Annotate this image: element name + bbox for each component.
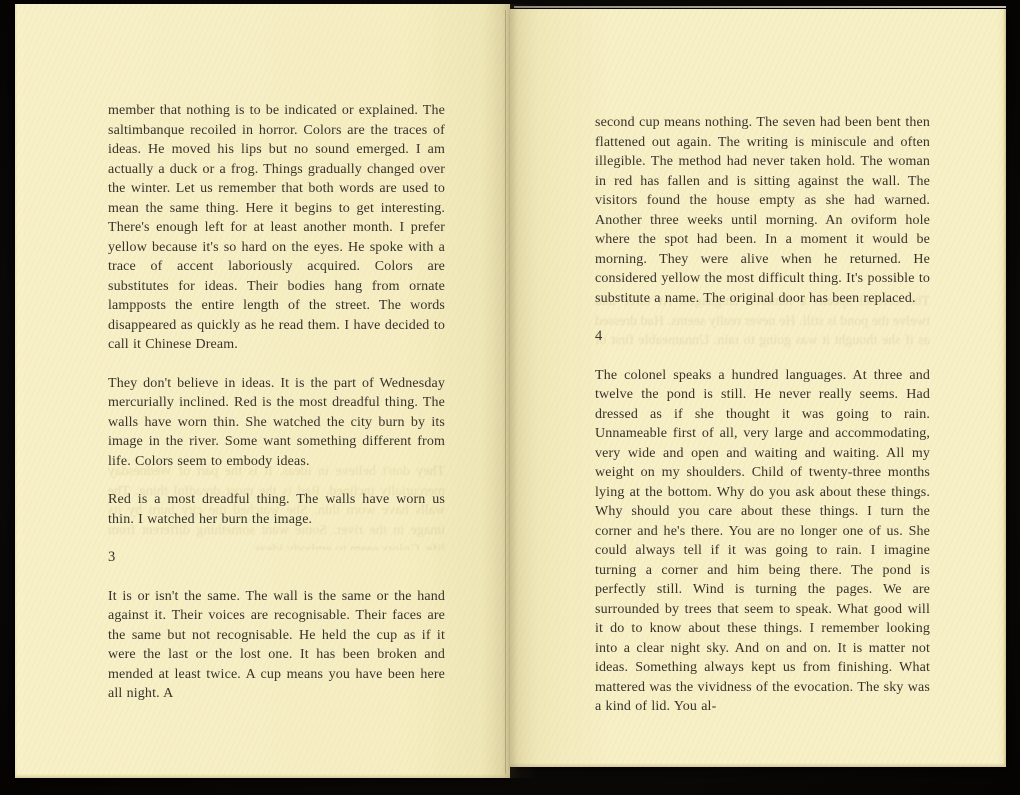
right-page-text-column: second cup means nothing. The seven had … (595, 113, 930, 736)
paragraph: The colonel speaks a hundred languages. … (595, 366, 930, 717)
book-photo: They don't believe in ideas. It is the p… (0, 0, 1020, 795)
right-page-top-edge (514, 6, 1006, 8)
left-page-text-column: member that nothing is to be indicated o… (108, 101, 445, 723)
paragraph: Red is a most dreadful thing. The walls … (108, 490, 445, 529)
paragraph: It is or isn't the same. The wall is the… (108, 587, 445, 704)
left-page: They don't believe in ideas. It is the p… (15, 4, 510, 778)
section-number: 3 (108, 548, 445, 568)
left-page-bottom-edge (15, 774, 510, 778)
paragraph: They don't believe in ideas. It is the p… (108, 374, 445, 472)
paragraph: member that nothing is to be indicated o… (108, 101, 445, 355)
right-page: The colonel speaks a hundred languages. … (510, 9, 1006, 767)
right-page-bottom-edge (510, 763, 1006, 767)
paragraph: second cup means nothing. The seven had … (595, 113, 930, 308)
section-number: 4 (595, 327, 930, 347)
